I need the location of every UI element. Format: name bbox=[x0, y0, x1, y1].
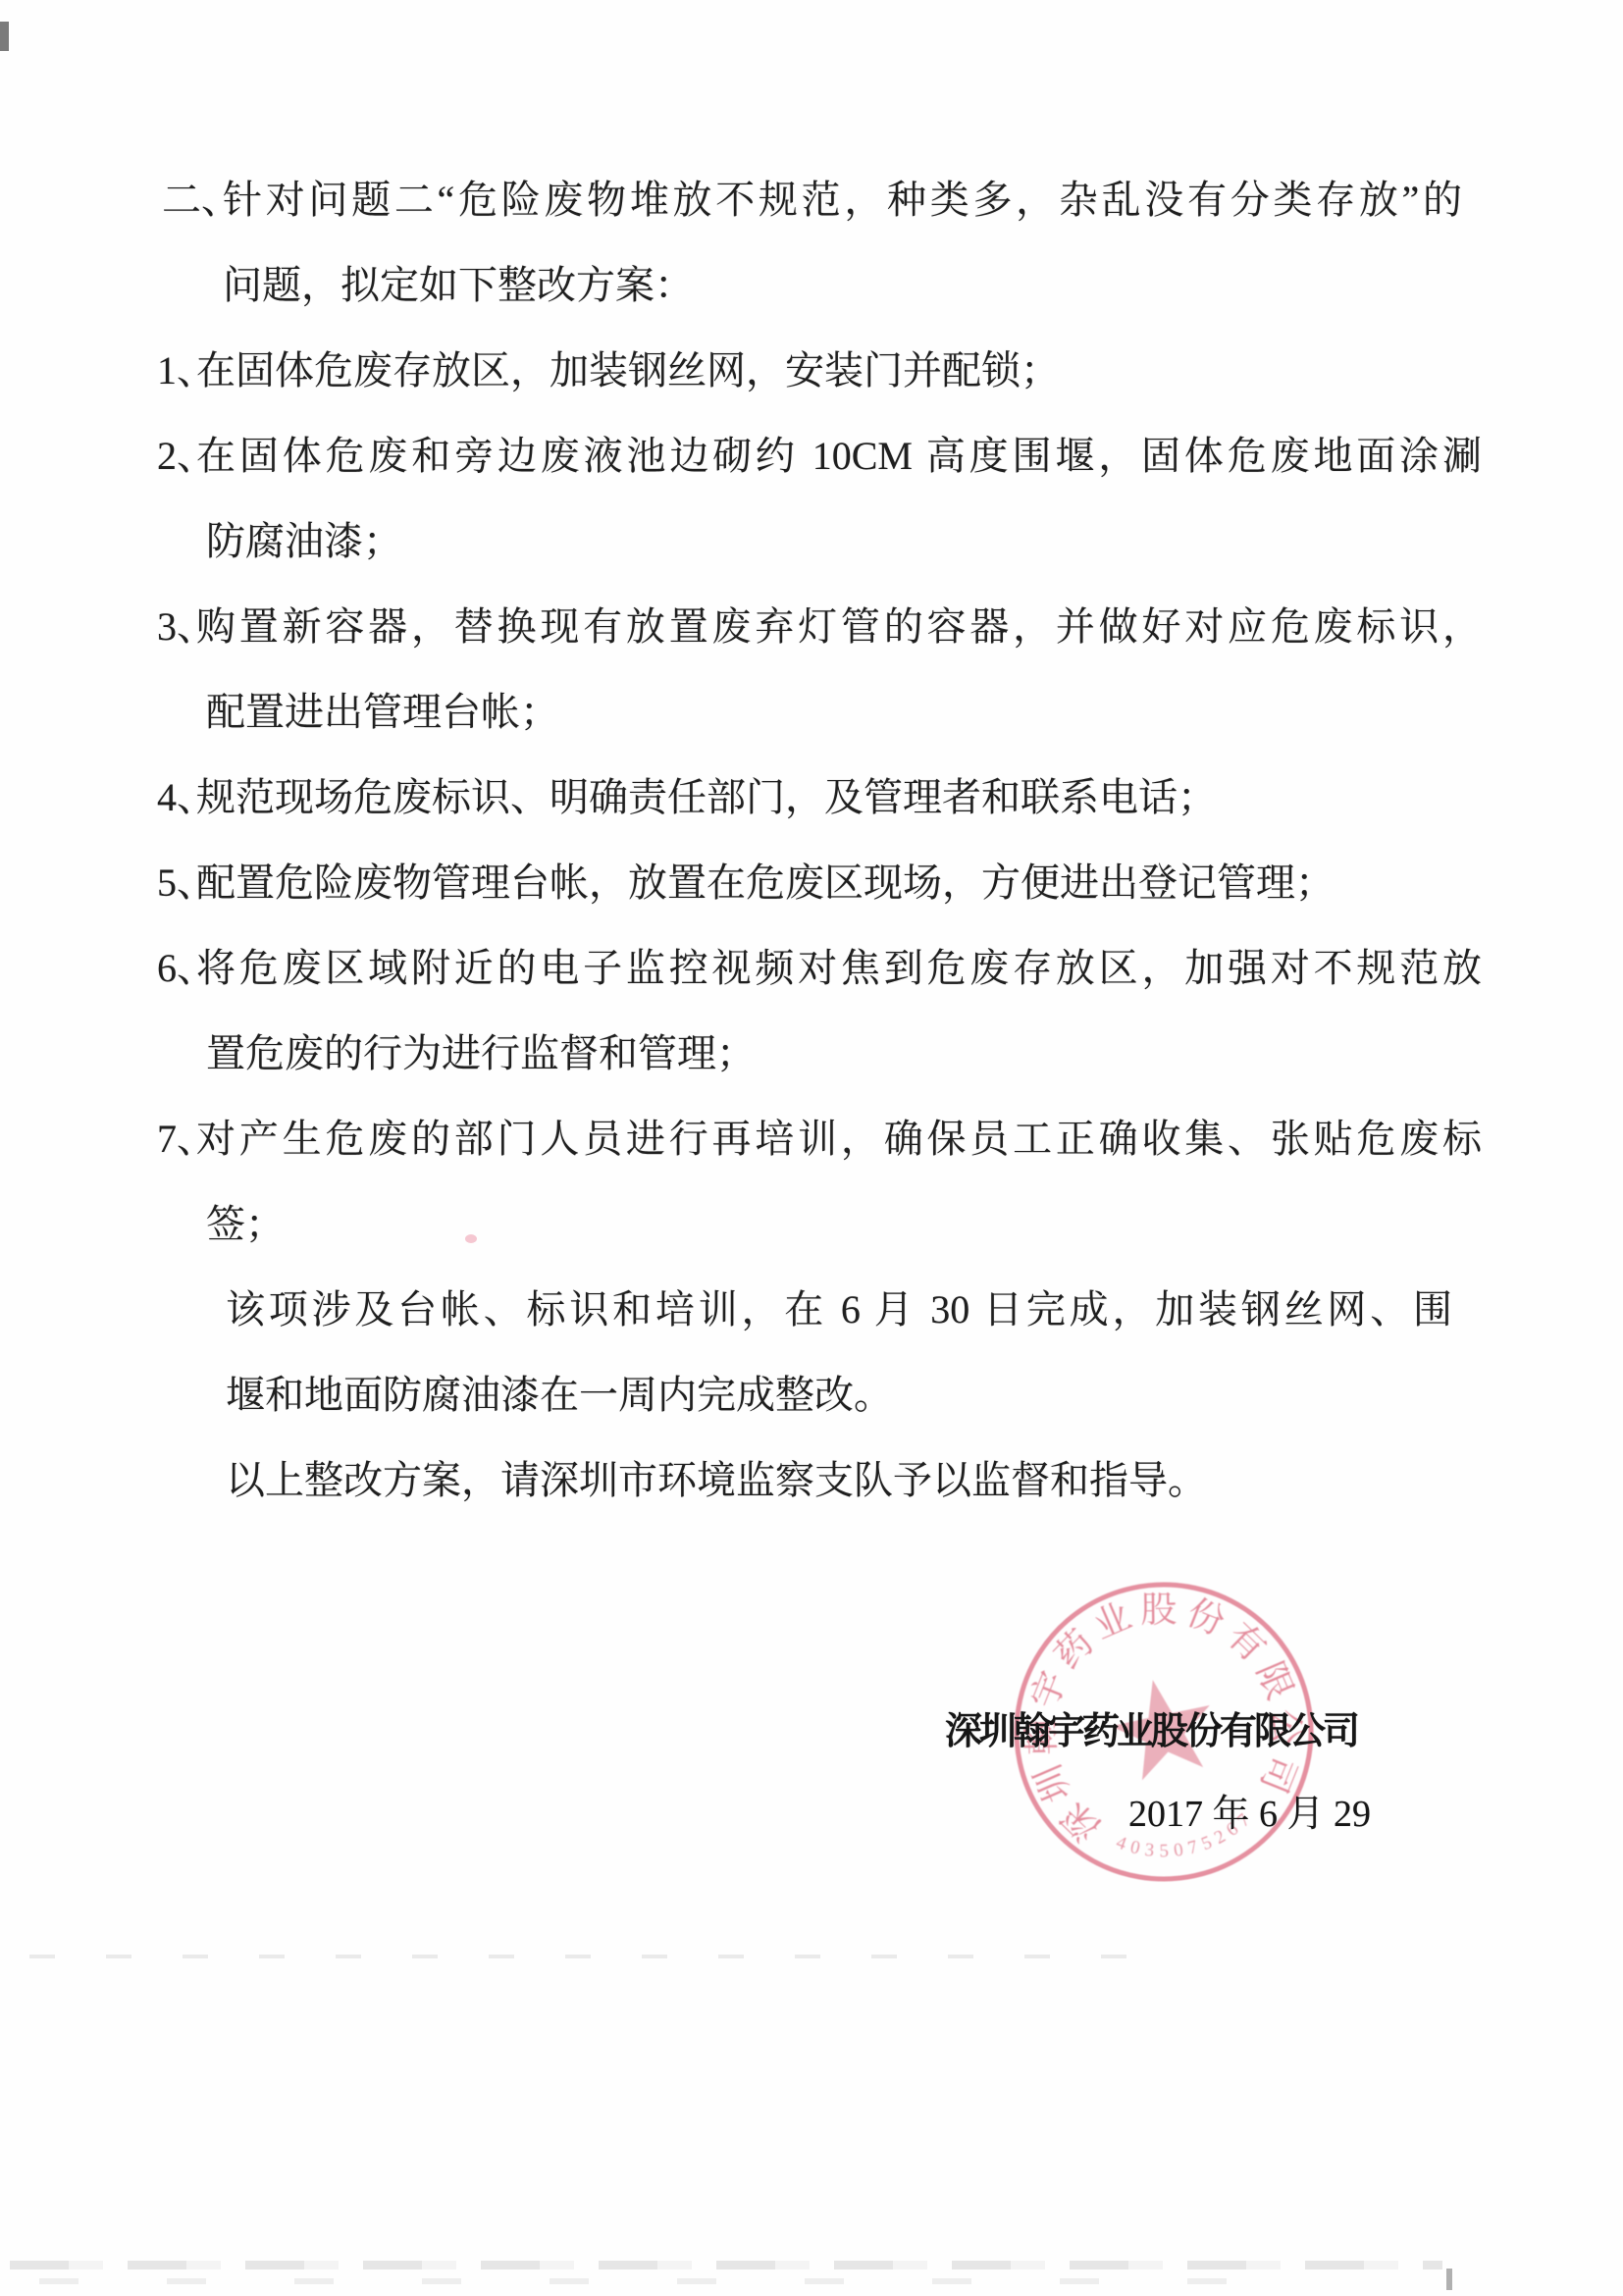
closing-paragraph-line-1: 该项涉及台帐、标识和培训，在 6 月 30 日完成，加装钢丝网、围 bbox=[0, 1267, 1623, 1352]
scan-artifact-tick bbox=[1446, 2269, 1452, 2290]
scan-artifact-corner bbox=[0, 22, 9, 51]
list-item-7-line-1: 7、 对产生危废的部门人员进行再培训，确保员工正确收集、张贴危废标 bbox=[0, 1096, 1623, 1181]
item-text: 规范现场危废标识、明确责任部门，及管理者和联系电话； bbox=[196, 755, 1217, 840]
document-body: 二、 针对问题二“危险废物堆放不规范，种类多，杂乱没有分类存放”的 问题，拟定如… bbox=[0, 157, 1623, 1523]
closing-text: 该项涉及台帐、标识和培训，在 6 月 30 日完成，加装钢丝网、围 bbox=[226, 1267, 1452, 1352]
item-text: 对产生危废的部门人员进行再培训，确保员工正确收集、张贴危废标 bbox=[196, 1096, 1482, 1181]
item-text-cont: 防腐油漆； bbox=[206, 498, 402, 584]
item-text: 购置新容器，替换现有放置废弃灯管的容器，并做好对应危废标识， bbox=[196, 584, 1482, 669]
closing-paragraph-line-3: 以上整改方案，请深圳市环境监察支队予以监督和指导。 bbox=[0, 1437, 1623, 1523]
item-text: 将危废区域附近的电子监控视频对焦到危废存放区，加强对不规范放 bbox=[196, 925, 1482, 1011]
list-item-1: 1、 在固体危废存放区，加装钢丝网，安装门并配锁； bbox=[0, 328, 1623, 413]
item-text: 在固体危废存放区，加装钢丝网，安装门并配锁； bbox=[196, 328, 1060, 413]
company-signature: 深圳翰宇药业股份有限公司 bbox=[945, 1705, 1357, 1758]
item-text-cont: 签； bbox=[206, 1181, 285, 1267]
scan-artifact-smudge bbox=[29, 1955, 1158, 1958]
section-title-text-cont: 问题，拟定如下整改方案： bbox=[223, 242, 694, 328]
section-heading-line-2: 问题，拟定如下整改方案： bbox=[0, 242, 1623, 328]
closing-paragraph-line-2: 堰和地面防腐油漆在一周内完成整改。 bbox=[0, 1352, 1623, 1437]
scan-artifact-smudge bbox=[39, 2278, 1315, 2284]
list-item-5: 5、 配置危险废物管理台帐，放置在危废区现场，方便进出登记管理； bbox=[0, 840, 1623, 925]
item-text-cont: 置危废的行为进行监督和管理； bbox=[206, 1011, 756, 1096]
document-page: 二、 针对问题二“危险废物堆放不规范，种类多，杂乱没有分类存放”的 问题，拟定如… bbox=[0, 0, 1623, 2296]
list-item-4: 4、 规范现场危废标识、明确责任部门，及管理者和联系电话； bbox=[0, 755, 1623, 840]
scan-artifact-smudge bbox=[10, 2261, 1442, 2270]
item-text: 在固体危废和旁边废液池边砌约 10CM 高度围堰，固体危废地面涂涮 bbox=[196, 413, 1482, 498]
list-item-7-line-2: 签； bbox=[0, 1181, 1623, 1267]
scan-artifact-pink-dot bbox=[465, 1234, 477, 1243]
list-item-6-line-2: 置危废的行为进行监督和管理； bbox=[0, 1011, 1623, 1096]
list-item-6-line-1: 6、 将危废区域附近的电子监控视频对焦到危废存放区，加强对不规范放 bbox=[0, 925, 1623, 1011]
closing-text: 以上整改方案，请深圳市环境监察支队予以监督和指导。 bbox=[226, 1437, 1207, 1523]
item-text-cont: 配置进出管理台帐； bbox=[206, 669, 559, 755]
list-item-2-line-2: 防腐油漆； bbox=[0, 498, 1623, 584]
signature-date: 2017 年 6 月 29 bbox=[1128, 1790, 1371, 1839]
item-text: 配置危险废物管理台帐，放置在危废区现场，方便进出登记管理； bbox=[196, 840, 1335, 925]
list-item-3-line-2: 配置进出管理台帐； bbox=[0, 669, 1623, 755]
list-item-3-line-1: 3、 购置新容器，替换现有放置废弃灯管的容器，并做好对应危废标识， bbox=[0, 584, 1623, 669]
closing-text: 堰和地面防腐油漆在一周内完成整改。 bbox=[226, 1352, 893, 1437]
list-item-2-line-1: 2、 在固体危废和旁边废液池边砌约 10CM 高度围堰，固体危废地面涂涮 bbox=[0, 413, 1623, 498]
section-title-text: 针对问题二“危险废物堆放不规范，种类多，杂乱没有分类存放”的 bbox=[223, 157, 1462, 242]
section-heading-line-1: 二、 针对问题二“危险废物堆放不规范，种类多，杂乱没有分类存放”的 bbox=[0, 157, 1623, 242]
